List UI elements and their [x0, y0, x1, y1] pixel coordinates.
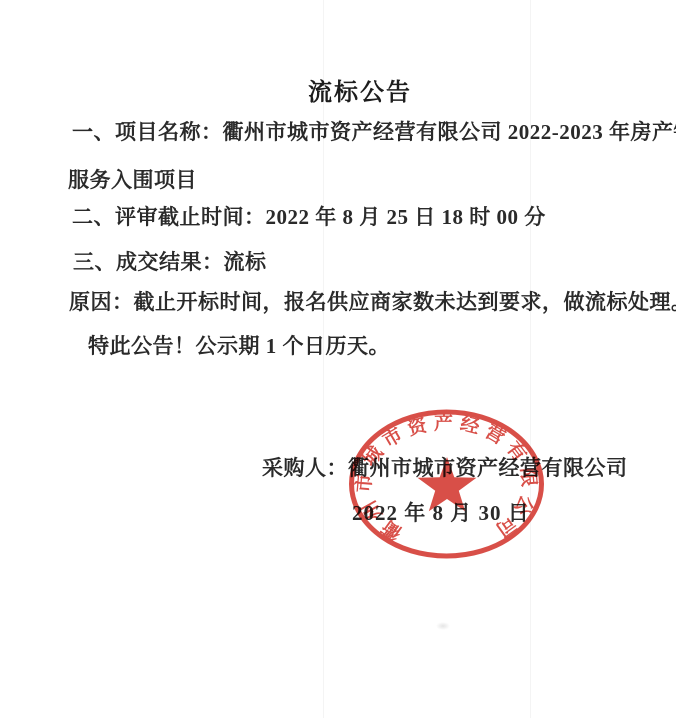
body-line-notice-period: 特此公告！公示期 1 个日历天。 — [88, 330, 390, 360]
scan-smudge — [436, 622, 450, 630]
body-line-reason: 原因：截止开标时间，报名供应商家数未达到要求，做流标处理。 — [69, 286, 676, 316]
body-line-project-name: 一、项目名称：衢州市城市资产经营有限公司 2022-2023 年房产销售 — [72, 116, 676, 146]
scan-artifact-line — [530, 0, 531, 718]
body-line-result: 三、成交结果：流标 — [73, 246, 267, 276]
announcement-document: 流标公告 一、项目名称：衢州市城市资产经营有限公司 2022-2023 年房产销… — [0, 0, 676, 718]
document-title: 流标公告 — [70, 72, 650, 107]
stamp-ring — [352, 412, 542, 556]
signature-purchaser: 采购人：衢州市城市资产经营有限公司 — [262, 452, 628, 482]
signature-date: 2022 年 8 月 30 日 — [352, 497, 530, 527]
body-line-review-deadline: 二、评审截止时间：2022 年 8 月 25 日 18 时 00 分 — [72, 201, 546, 231]
company-seal-stamp: 衢州市城市资产经营有限公司 — [340, 398, 553, 570]
body-line-project-name-wrap: 服务入围项目 — [68, 164, 197, 194]
